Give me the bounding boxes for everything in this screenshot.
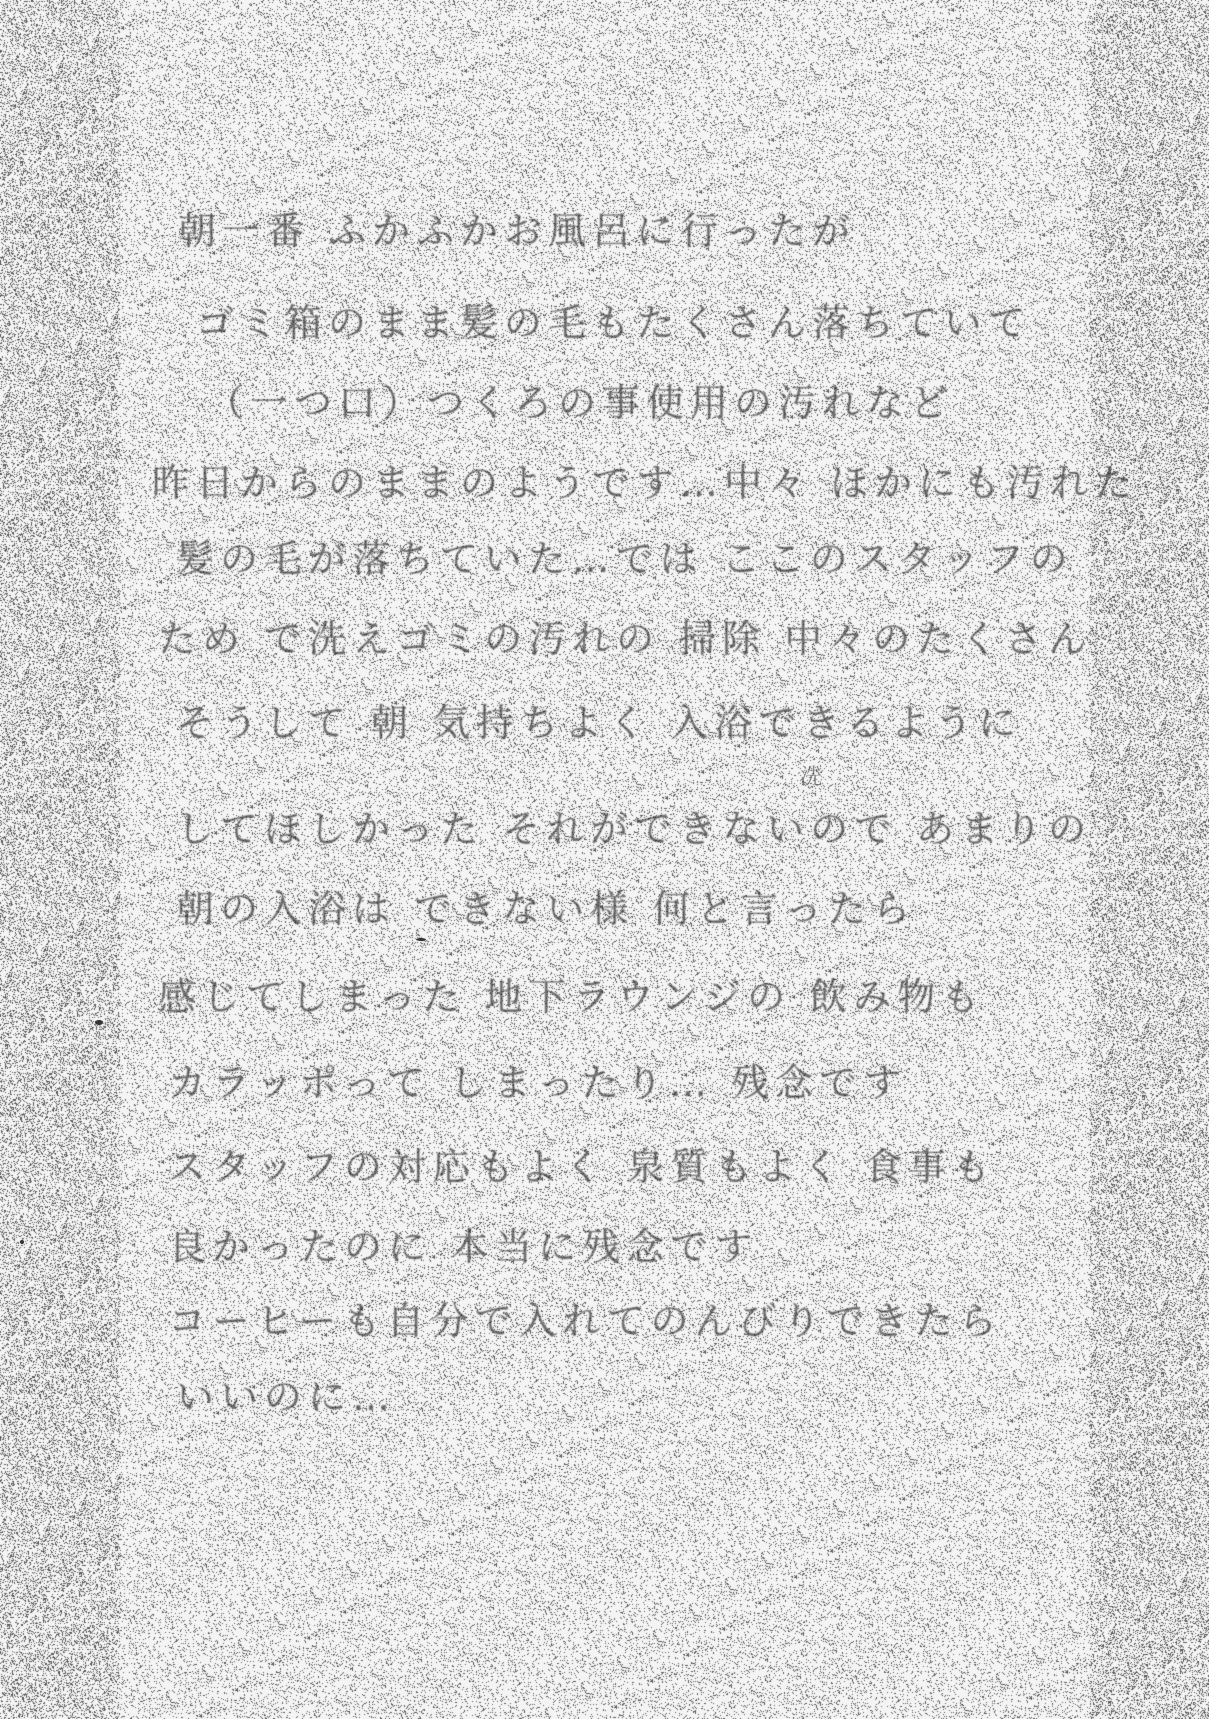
handwritten-page: 朝一番 ふかふかお風呂に行ったが ゴミ箱のまま髪の毛もたくさん落ちていて （一つ… [0,0,1209,1719]
text-line-3: （一つ口）つくろの事使用の汚れなど [206,372,954,427]
ink-mark [416,938,426,941]
text-line-4: 昨日からのままのようです…中々 ほかにも汚れた [152,452,1138,507]
ink-mark [95,1020,103,1025]
insertion-mark: 洗 [800,760,822,791]
text-line-10: 感じてしまった 地下ラウンジの 飲み物も [158,966,985,1021]
text-line-5: 髪の毛が落ちていた…では ここのスタッフの [176,528,1074,583]
text-line-1: 朝一番 ふかふかお風呂に行ったが [178,200,856,255]
text-line-12: スタッフの対応もよく 泉質もよく 食事も [168,1136,996,1191]
text-line-6: ため で洗えゴミの汚れの 掃除 中々のたくさん [158,608,1092,663]
text-line-13: 良かったのに 本当に残念です [168,1216,758,1271]
text-line-14: コーヒーも自分で入れてのんびりできたら [168,1290,1002,1345]
text-line-15: いいのに… [176,1366,396,1421]
text-line-9: 朝の入浴は できない様 何と言ったら [176,878,916,933]
ink-mark [20,1240,24,1244]
text-line-2: ゴミ箱のまま髪の毛もたくさん落ちていて [196,292,1032,347]
text-line-11: カラッポって しまったり… 残念です [168,1052,907,1107]
text-line-7: そうして 朝 気持ちよく 入浴できるように [176,692,1022,747]
text-line-8: してほしかった それができないので あまりの [176,798,1092,853]
